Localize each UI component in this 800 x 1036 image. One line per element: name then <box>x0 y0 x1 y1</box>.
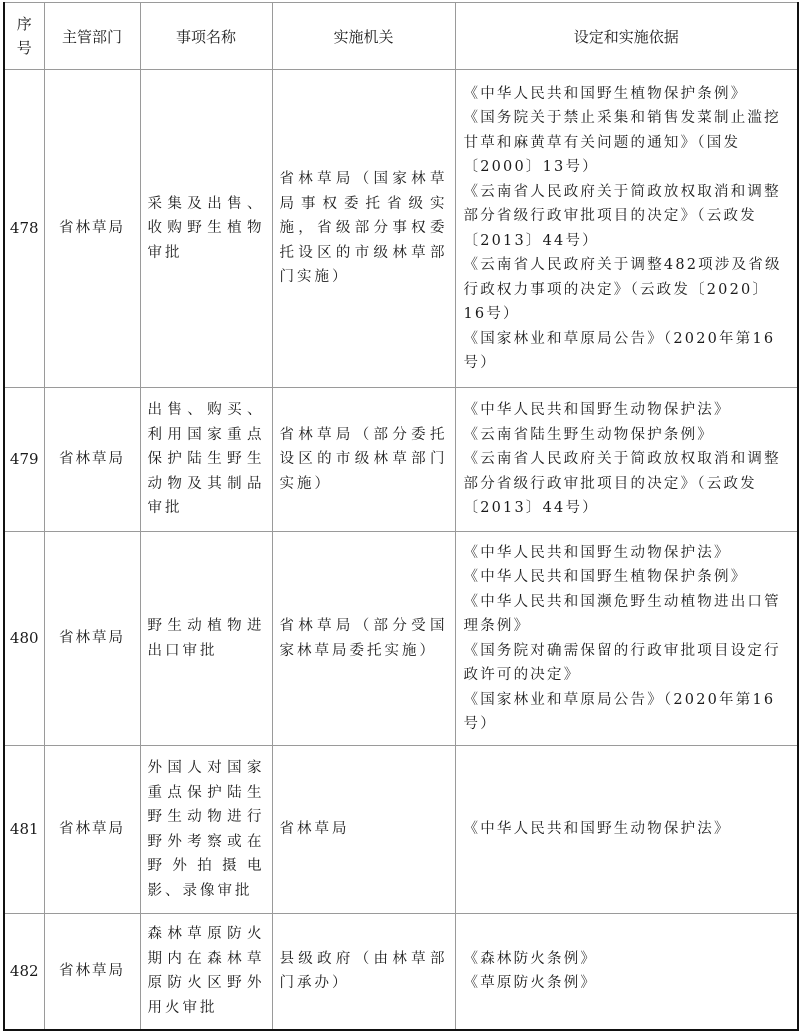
row-agency: 省林草局（部分受国家林草局委托实施） <box>272 532 455 746</box>
header-department: 主管部门 <box>44 3 140 70</box>
row-department: 省林草局 <box>44 914 140 1030</box>
row-basis: 《中华人民共和国野生植物保护条例》 《国务院关于禁止采集和销售发菜制止滥挖甘草和… <box>455 70 798 388</box>
header-agency: 实施机关 <box>272 3 455 70</box>
table-body: 478 省林草局 采集及出售、收购野生植物审批 省林草局（国家林草局事权委托省级… <box>4 70 798 1030</box>
row-agency: 省林草局 <box>272 746 455 914</box>
header-row: 序 号 主管部门 事项名称 实施机关 设定和实施依据 <box>4 3 798 70</box>
row-item-name: 森林草原防火期内在森林草原防火区野外用火审批 <box>140 914 272 1030</box>
row-basis: 《中华人民共和国野生动物保护法》 《中华人民共和国野生植物保护条例》 《中华人民… <box>455 532 798 746</box>
row-seq: 481 <box>4 746 44 914</box>
basis-entry: 《中华人民共和国野生植物保护条例》 <box>464 82 792 107</box>
table-row: 478 省林草局 采集及出售、收购野生植物审批 省林草局（国家林草局事权委托省级… <box>4 70 798 388</box>
table-row: 480 省林草局 野生动植物进出口审批 省林草局（部分受国家林草局委托实施） 《… <box>4 532 798 746</box>
row-agency: 省林草局（部分委托设区的市级林草部门实施） <box>272 388 455 532</box>
row-basis: 《中华人民共和国野生动物保护法》 <box>455 746 798 914</box>
basis-entry: 《云南省人民政府关于调整482项涉及省级行政权力事项的决定》（云政发〔2020〕… <box>464 253 792 327</box>
row-department: 省林草局 <box>44 388 140 532</box>
basis-entry: 《草原防火条例》 <box>464 971 792 996</box>
row-agency: 县级政府（由林草部门承办） <box>272 914 455 1030</box>
basis-entry: 《中华人民共和国野生动物保护法》 <box>464 541 792 566</box>
basis-entry: 《国家林业和草原局公告》（2020年第16号） <box>464 327 792 376</box>
row-department: 省林草局 <box>44 532 140 746</box>
header-seq: 序 号 <box>4 3 44 70</box>
basis-entry: 《国家林业和草原局公告》（2020年第16号） <box>464 688 792 737</box>
header-basis: 设定和实施依据 <box>455 3 798 70</box>
row-seq: 482 <box>4 914 44 1030</box>
table-header: 序 号 主管部门 事项名称 实施机关 设定和实施依据 <box>4 3 798 70</box>
row-item-name: 出售、购买、利用国家重点保护陆生野生动物及其制品审批 <box>140 388 272 532</box>
basis-entry: 《中华人民共和国濒危野生动植物进出口管理条例》 <box>464 590 792 639</box>
basis-entry: 《中华人民共和国野生植物保护条例》 <box>464 565 792 590</box>
row-seq: 478 <box>4 70 44 388</box>
table-row: 479 省林草局 出售、购买、利用国家重点保护陆生野生动物及其制品审批 省林草局… <box>4 388 798 532</box>
basis-entry: 《云南省人民政府关于简政放权取消和调整部分省级行政审批项目的决定》（云政发〔20… <box>464 180 792 254</box>
header-seq-line2: 号 <box>5 36 44 60</box>
row-department: 省林草局 <box>44 746 140 914</box>
basis-entry: 《云南省陆生野生动物保护条例》 <box>464 423 792 448</box>
row-seq: 479 <box>4 388 44 532</box>
row-item-name: 外国人对国家重点保护陆生野生动物进行野外考察或在野外拍摄电影、录像审批 <box>140 746 272 914</box>
basis-entry: 《中华人民共和国野生动物保护法》 <box>464 817 792 842</box>
basis-entry: 《云南省人民政府关于简政放权取消和调整部分省级行政审批项目的决定》（云政发〔20… <box>464 447 792 521</box>
basis-entry: 《中华人民共和国野生动物保护法》 <box>464 398 792 423</box>
row-item-name: 野生动植物进出口审批 <box>140 532 272 746</box>
table-row: 482 省林草局 森林草原防火期内在森林草原防火区野外用火审批 县级政府（由林草… <box>4 914 798 1030</box>
row-agency: 省林草局（国家林草局事权委托省级实施，省级部分事权委托设区的市级林草部门实施） <box>272 70 455 388</box>
header-seq-line1: 序 <box>5 12 44 36</box>
basis-entry: 《森林防火条例》 <box>464 947 792 972</box>
row-basis: 《森林防火条例》 《草原防火条例》 <box>455 914 798 1030</box>
table-row: 481 省林草局 外国人对国家重点保护陆生野生动物进行野外考察或在野外拍摄电影、… <box>4 746 798 914</box>
header-item-name: 事项名称 <box>140 3 272 70</box>
basis-entry: 《国务院关于禁止采集和销售发菜制止滥挖甘草和麻黄草有关问题的通知》（国发〔200… <box>464 106 792 180</box>
row-basis: 《中华人民共和国野生动物保护法》 《云南省陆生野生动物保护条例》 《云南省人民政… <box>455 388 798 532</box>
row-seq: 480 <box>4 532 44 746</box>
basis-entry: 《国务院对确需保留的行政审批项目设定行政许可的决定》 <box>464 639 792 688</box>
row-item-name: 采集及出售、收购野生植物审批 <box>140 70 272 388</box>
approval-items-table: 序 号 主管部门 事项名称 实施机关 设定和实施依据 478 省林草局 采集及出… <box>3 2 799 1031</box>
row-department: 省林草局 <box>44 70 140 388</box>
